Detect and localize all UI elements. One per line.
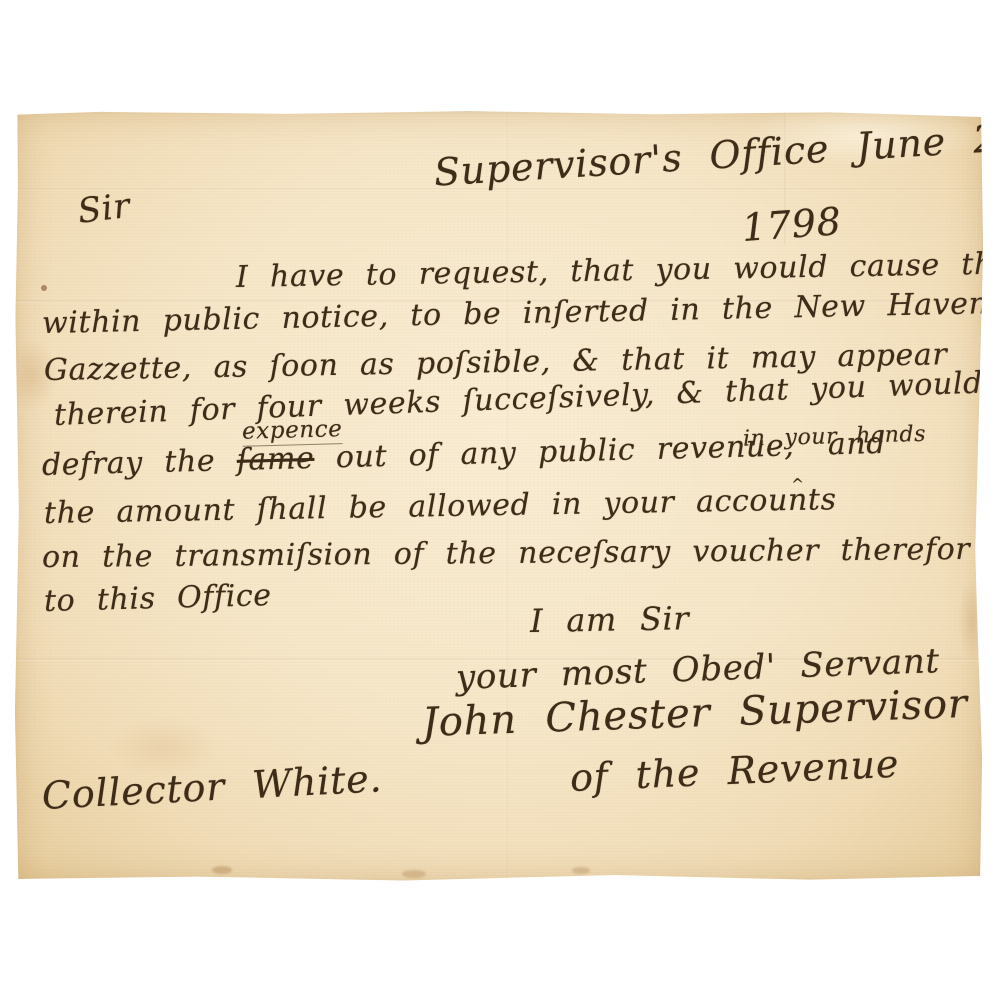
ink-speck: [41, 285, 47, 291]
heading-line: Supervisor's Office June 2d: [433, 115, 1000, 195]
body-line-5-mid: out of any public revenue,: [335, 428, 794, 475]
address-line: Collector White.: [41, 756, 383, 818]
signature-title: of the Revenue: [569, 742, 900, 800]
stain-bottom-edge-1: [212, 866, 232, 874]
heading-office-date: Supervisor's Office June 2: [433, 116, 1000, 194]
body-line-5-pre: defray the: [42, 443, 216, 483]
body-line-6: the amount ſhall be allowed in your acco…: [44, 482, 837, 531]
stain-bottom-edge-2: [402, 870, 426, 878]
interlinear-insertion-in-your-hands: in your hands: [743, 422, 927, 452]
stain-bottom-edge-3: [572, 867, 590, 874]
body-line-7: on the transmiſsion of the neceſsary vou…: [42, 532, 971, 575]
body-line-8: to this Office: [44, 578, 273, 619]
interlinear-insertion-expence: expence: [242, 416, 343, 447]
pre-close: I am Sir: [530, 599, 690, 640]
letter-paper: Supervisor's Office June 2d 1798 Sir I h…: [14, 110, 984, 882]
body-line-5: defray the expenceſame out of any public…: [42, 426, 887, 483]
edge-tear-shadow-right: [958, 578, 986, 664]
strikethrough-wrap: expenceſame: [236, 441, 314, 478]
body-line-2: within public notice, to be inſerted in …: [42, 286, 989, 341]
heading-day-ordinal: d: [997, 115, 1000, 144]
heading-year: 1798: [740, 199, 843, 250]
salutation: Sir: [76, 186, 133, 232]
photo-background: Supervisor's Office June 2d 1798 Sir I h…: [0, 0, 1000, 1000]
